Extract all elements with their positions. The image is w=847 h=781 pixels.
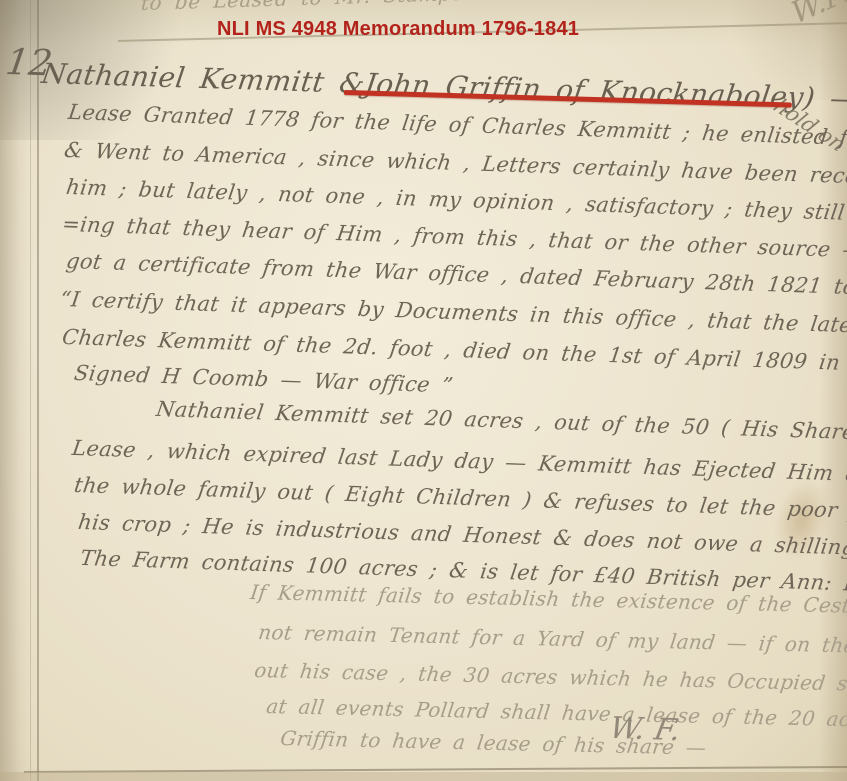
next-row-shading — [0, 772, 847, 781]
ruled-line-bottom — [24, 766, 847, 773]
manuscript-line: Signed H Coomb — War office ” — [73, 361, 455, 397]
page-right-edge — [819, 0, 847, 781]
header-fragment: to be Leased to Mr. Stamper on the terms… — [140, 0, 827, 15]
margin-rule-outer — [30, 0, 31, 781]
manuscript-line: out his case , the 30 acres which he has… — [253, 658, 847, 701]
margin-rule — [37, 0, 39, 781]
manuscript-page: to be Leased to Mr. Stamper on the terms… — [0, 0, 847, 781]
page-left-edge — [0, 0, 30, 781]
manuscript-line: not remain Tenant for a Yard of my land … — [257, 620, 847, 662]
archive-caption: NLI MS 4948 Memorandum 1796-1841 — [217, 18, 579, 41]
signature-initials: W. F. — [607, 711, 683, 748]
header-initials: W.F. — [788, 0, 847, 32]
